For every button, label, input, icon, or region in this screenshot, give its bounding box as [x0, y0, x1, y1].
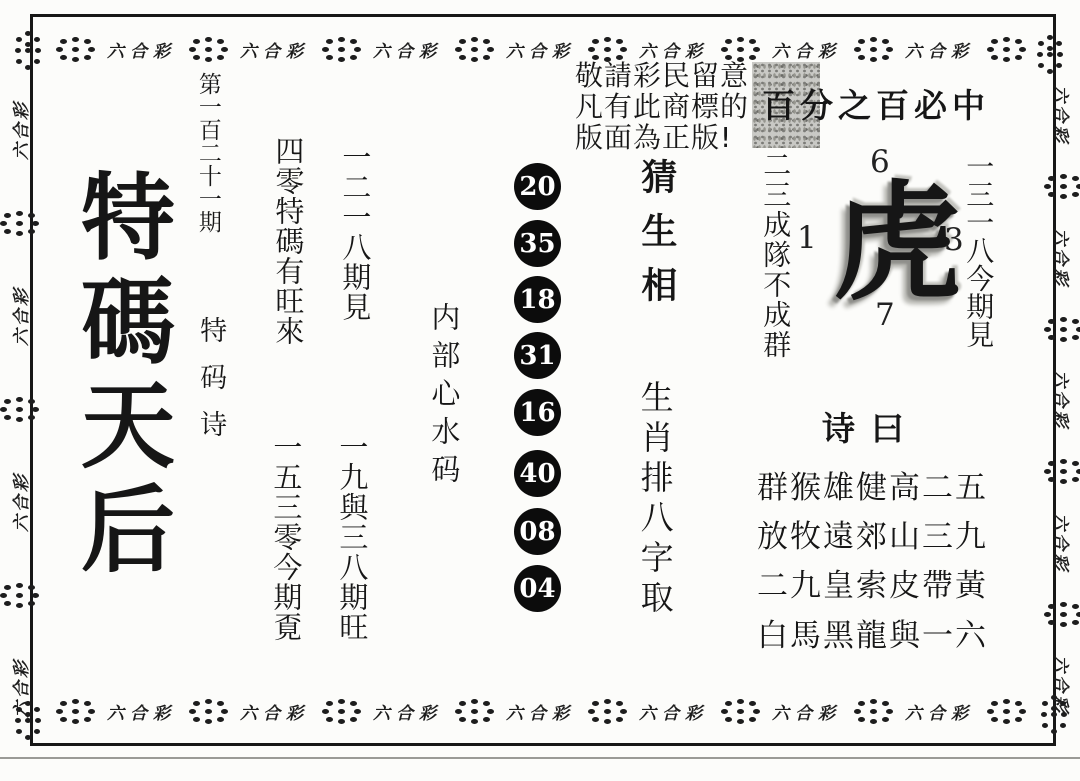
brand-text: 六合彩: [639, 699, 708, 724]
hot-number-ball: 31: [514, 332, 561, 379]
slogan-text: 百分之百必中: [762, 80, 990, 127]
flower-dots-icon: [58, 698, 92, 724]
brand-text: 六合彩: [240, 699, 309, 724]
border-right-strip: 六合彩 六合彩 六合彩 六合彩 六合彩: [1048, 80, 1078, 720]
flower-dots-icon: [2, 210, 36, 236]
poem-line: 放牧遠郊山三九: [757, 511, 988, 556]
flower-dots-icon: [1046, 173, 1080, 199]
brand-text: 六合彩: [373, 37, 442, 62]
flower-dots-icon: [856, 36, 890, 62]
poem-title: 诗曰: [822, 403, 920, 450]
hot-number-ball: 16: [514, 389, 561, 436]
zodiac-method: 生肖排八字取: [637, 380, 673, 620]
brand-text: 六合彩: [0, 301, 54, 331]
border-bottom-strip: 六合彩 六合彩 六合彩 六合彩 六合彩 六合彩 六合彩: [58, 690, 1023, 732]
corner-dots-icon: [1036, 30, 1064, 78]
brand-text: 六合彩: [107, 699, 176, 724]
tip-column: 一二一八期見: [339, 142, 370, 322]
flower-dots-icon: [457, 698, 491, 724]
flower-dots-icon: [723, 698, 757, 724]
brand-text: 六合彩: [506, 699, 575, 724]
flower-dots-icon: [590, 698, 624, 724]
flower-dots-icon: [457, 36, 491, 62]
zodiac-clue: 二三成隊不成群: [760, 150, 790, 360]
animal-number-left: 1: [797, 220, 817, 256]
inner-code-label: 内部心水码: [428, 302, 459, 492]
brand-text: 六合彩: [107, 37, 176, 62]
hot-number-ball: 04: [514, 565, 561, 612]
flower-dots-icon: [2, 582, 36, 608]
poem-line: 二九皇索皮帶黃: [757, 560, 988, 605]
brand-text: 六合彩: [905, 37, 974, 62]
flower-dots-icon: [989, 36, 1023, 62]
brand-text: 六合彩: [1028, 670, 1080, 700]
flower-dots-icon: [1046, 458, 1080, 484]
hot-number-ball: 40: [514, 450, 561, 497]
flower-dots-icon: [58, 36, 92, 62]
tip-column: 四零特碼有旺來: [272, 136, 303, 346]
hot-number-ball: 35: [514, 220, 561, 267]
flower-dots-icon: [191, 698, 225, 724]
animal-number-top: 6: [870, 144, 890, 180]
flower-dots-icon: [324, 698, 358, 724]
brand-text: 六合彩: [772, 37, 841, 62]
flower-dots-icon: [191, 36, 225, 62]
brand-text: 六合彩: [1028, 243, 1080, 273]
brand-text: 六合彩: [506, 37, 575, 62]
brand-text: 六合彩: [1028, 100, 1080, 130]
page-title: 特碼天后: [68, 168, 170, 584]
notice-line: 凡有此商標的: [575, 91, 749, 122]
animal-number-bottom: 7: [875, 297, 895, 333]
animal-number-right: 3: [944, 222, 964, 258]
poem-line: 白馬黑龍與一六: [757, 610, 988, 655]
flower-dots-icon: [1046, 316, 1080, 342]
poem-line: 群猴雄健高二五: [757, 462, 988, 507]
flyer-page: 六合彩 六合彩 六合彩 六合彩 六合彩 六合彩 六合彩 六合彩 六合彩 六合彩 …: [0, 0, 1080, 781]
border-left-strip: 六合彩 六合彩 六合彩 六合彩: [2, 95, 36, 723]
scan-page-edge: [0, 757, 1080, 759]
brand-text: 六合彩: [772, 699, 841, 724]
brand-text: 六合彩: [905, 699, 974, 724]
brand-text: 六合彩: [1028, 528, 1080, 558]
flower-dots-icon: [856, 698, 890, 724]
hot-number-ball: 18: [514, 276, 561, 323]
flower-dots-icon: [2, 396, 36, 422]
zodiac-hint: 一三一八今期見: [963, 152, 993, 348]
tip-column: 一九與三八期旺: [336, 432, 367, 642]
subtitle: 特码诗: [196, 316, 225, 457]
flower-dots-icon: [324, 36, 358, 62]
brand-text: 六合彩: [0, 487, 54, 517]
border-top-strip: 六合彩 六合彩 六合彩 六合彩 六合彩 六合彩 六合彩: [58, 28, 1023, 70]
issue-number: 第一百二十一期: [195, 72, 220, 233]
brand-text: 六合彩: [240, 37, 309, 62]
tip-column: 一五三零今期覔: [270, 432, 301, 642]
hot-number-ball: 08: [514, 508, 561, 555]
notice-line: 版面為正版!: [575, 122, 749, 153]
notice-line: 敬請彩民留意: [575, 60, 749, 91]
zodiac-heading: 猜生相: [636, 158, 675, 320]
flower-dots-icon: [1046, 601, 1080, 627]
corner-dots-icon: [14, 26, 42, 74]
brand-text: 六合彩: [0, 673, 54, 703]
brand-text: 六合彩: [1028, 385, 1080, 415]
brand-text: 六合彩: [373, 699, 442, 724]
authenticity-notice: 敬請彩民留意 凡有此商標的 版面為正版!: [575, 60, 749, 153]
hot-number-ball: 20: [514, 163, 561, 210]
brand-text: 六合彩: [639, 37, 708, 62]
brand-text: 六合彩: [0, 115, 54, 145]
flower-dots-icon: [989, 698, 1023, 724]
